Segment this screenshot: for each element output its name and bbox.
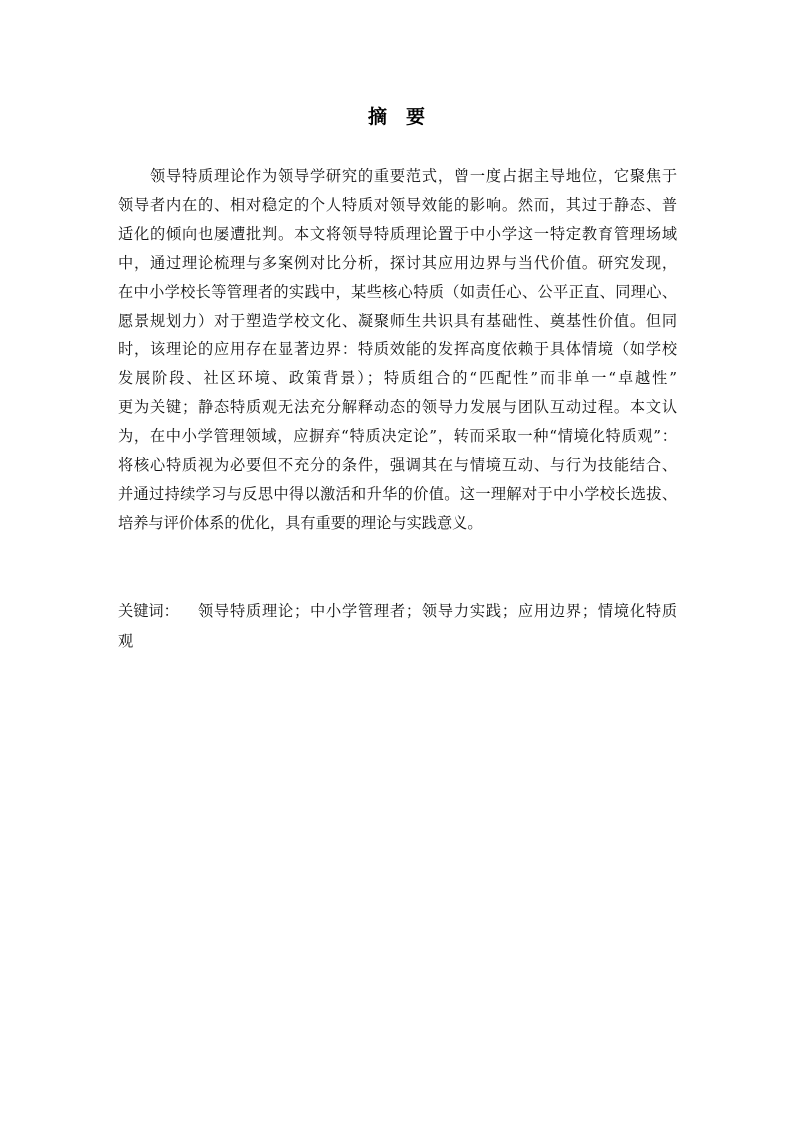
abstract-line-6: 愿景规划力）对于塑造学校文化、凝聚师生共识具有基础性、奠基性价值。但同 [118,307,677,336]
abstract-line-3: 适化的倾向也屡遭批判。本文将领导特质理论置于中小学这一特定教育管理场域 [118,220,677,249]
keywords-list: 领导特质理论；中小学管理者；领导力实践；应用边界；情境化特质 [198,596,677,626]
abstract-body: 领导特质理论作为领导学研究的重要范式，曾一度占据主导地位，它聚焦于 领导者内在的… [118,162,677,538]
keywords-list-continuation: 观 [118,626,677,656]
abstract-title-char-1: 摘 [368,106,387,128]
abstract-line-10: 为，在中小学管理领域，应摒弃“特质决定论”，转而采取一种“情境化特质观”： [118,422,677,451]
abstract-line-9: 更为关键；静态特质观无法充分解释动态的领导力发展与团队互动过程。本文认 [118,393,677,422]
abstract-line-12: 并通过持续学习与反思中得以激活和升华的价值。这一理解对于中小学校长选拔、 [118,480,677,509]
keywords-row: 关键词： 领导特质理论；中小学管理者；领导力实践；应用边界；情境化特质 [118,596,677,626]
abstract-line-13: 培养与评价体系的优化，具有重要的理论与实践意义。 [118,509,677,538]
abstract-line-8: 发展阶段、社区环境、政策背景）；特质组合的“匹配性”而非单一“卓越性” [118,364,677,393]
abstract-line-2: 领导者内在的、相对稳定的个人特质对领导效能的影响。然而，其过于静态、普 [118,191,677,220]
abstract-line-1: 领导特质理论作为领导学研究的重要范式，曾一度占据主导地位，它聚焦于 [118,162,677,191]
document-page: 摘要 领导特质理论作为领导学研究的重要范式，曾一度占据主导地位，它聚焦于 领导者… [0,0,793,1122]
keywords-label: 关键词： [118,596,198,626]
abstract-title-char-2: 要 [406,106,425,128]
abstract-line-5: 在中小学校长等管理者的实践中，某些核心特质（如责任心、公平正直、同理心、 [118,278,677,307]
abstract-title: 摘要 [0,104,793,130]
abstract-line-7: 时，该理论的应用存在显著边界：特质效能的发挥高度依赖于具体情境（如学校 [118,335,677,364]
abstract-line-11: 将核心特质视为必要但不充分的条件，强调其在与情境互动、与行为技能结合、 [118,451,677,480]
abstract-line-4: 中，通过理论梳理与多案例对比分析，探讨其应用边界与当代价值。研究发现， [118,249,677,278]
keywords-section: 关键词： 领导特质理论；中小学管理者；领导力实践；应用边界；情境化特质 观 [118,596,677,656]
